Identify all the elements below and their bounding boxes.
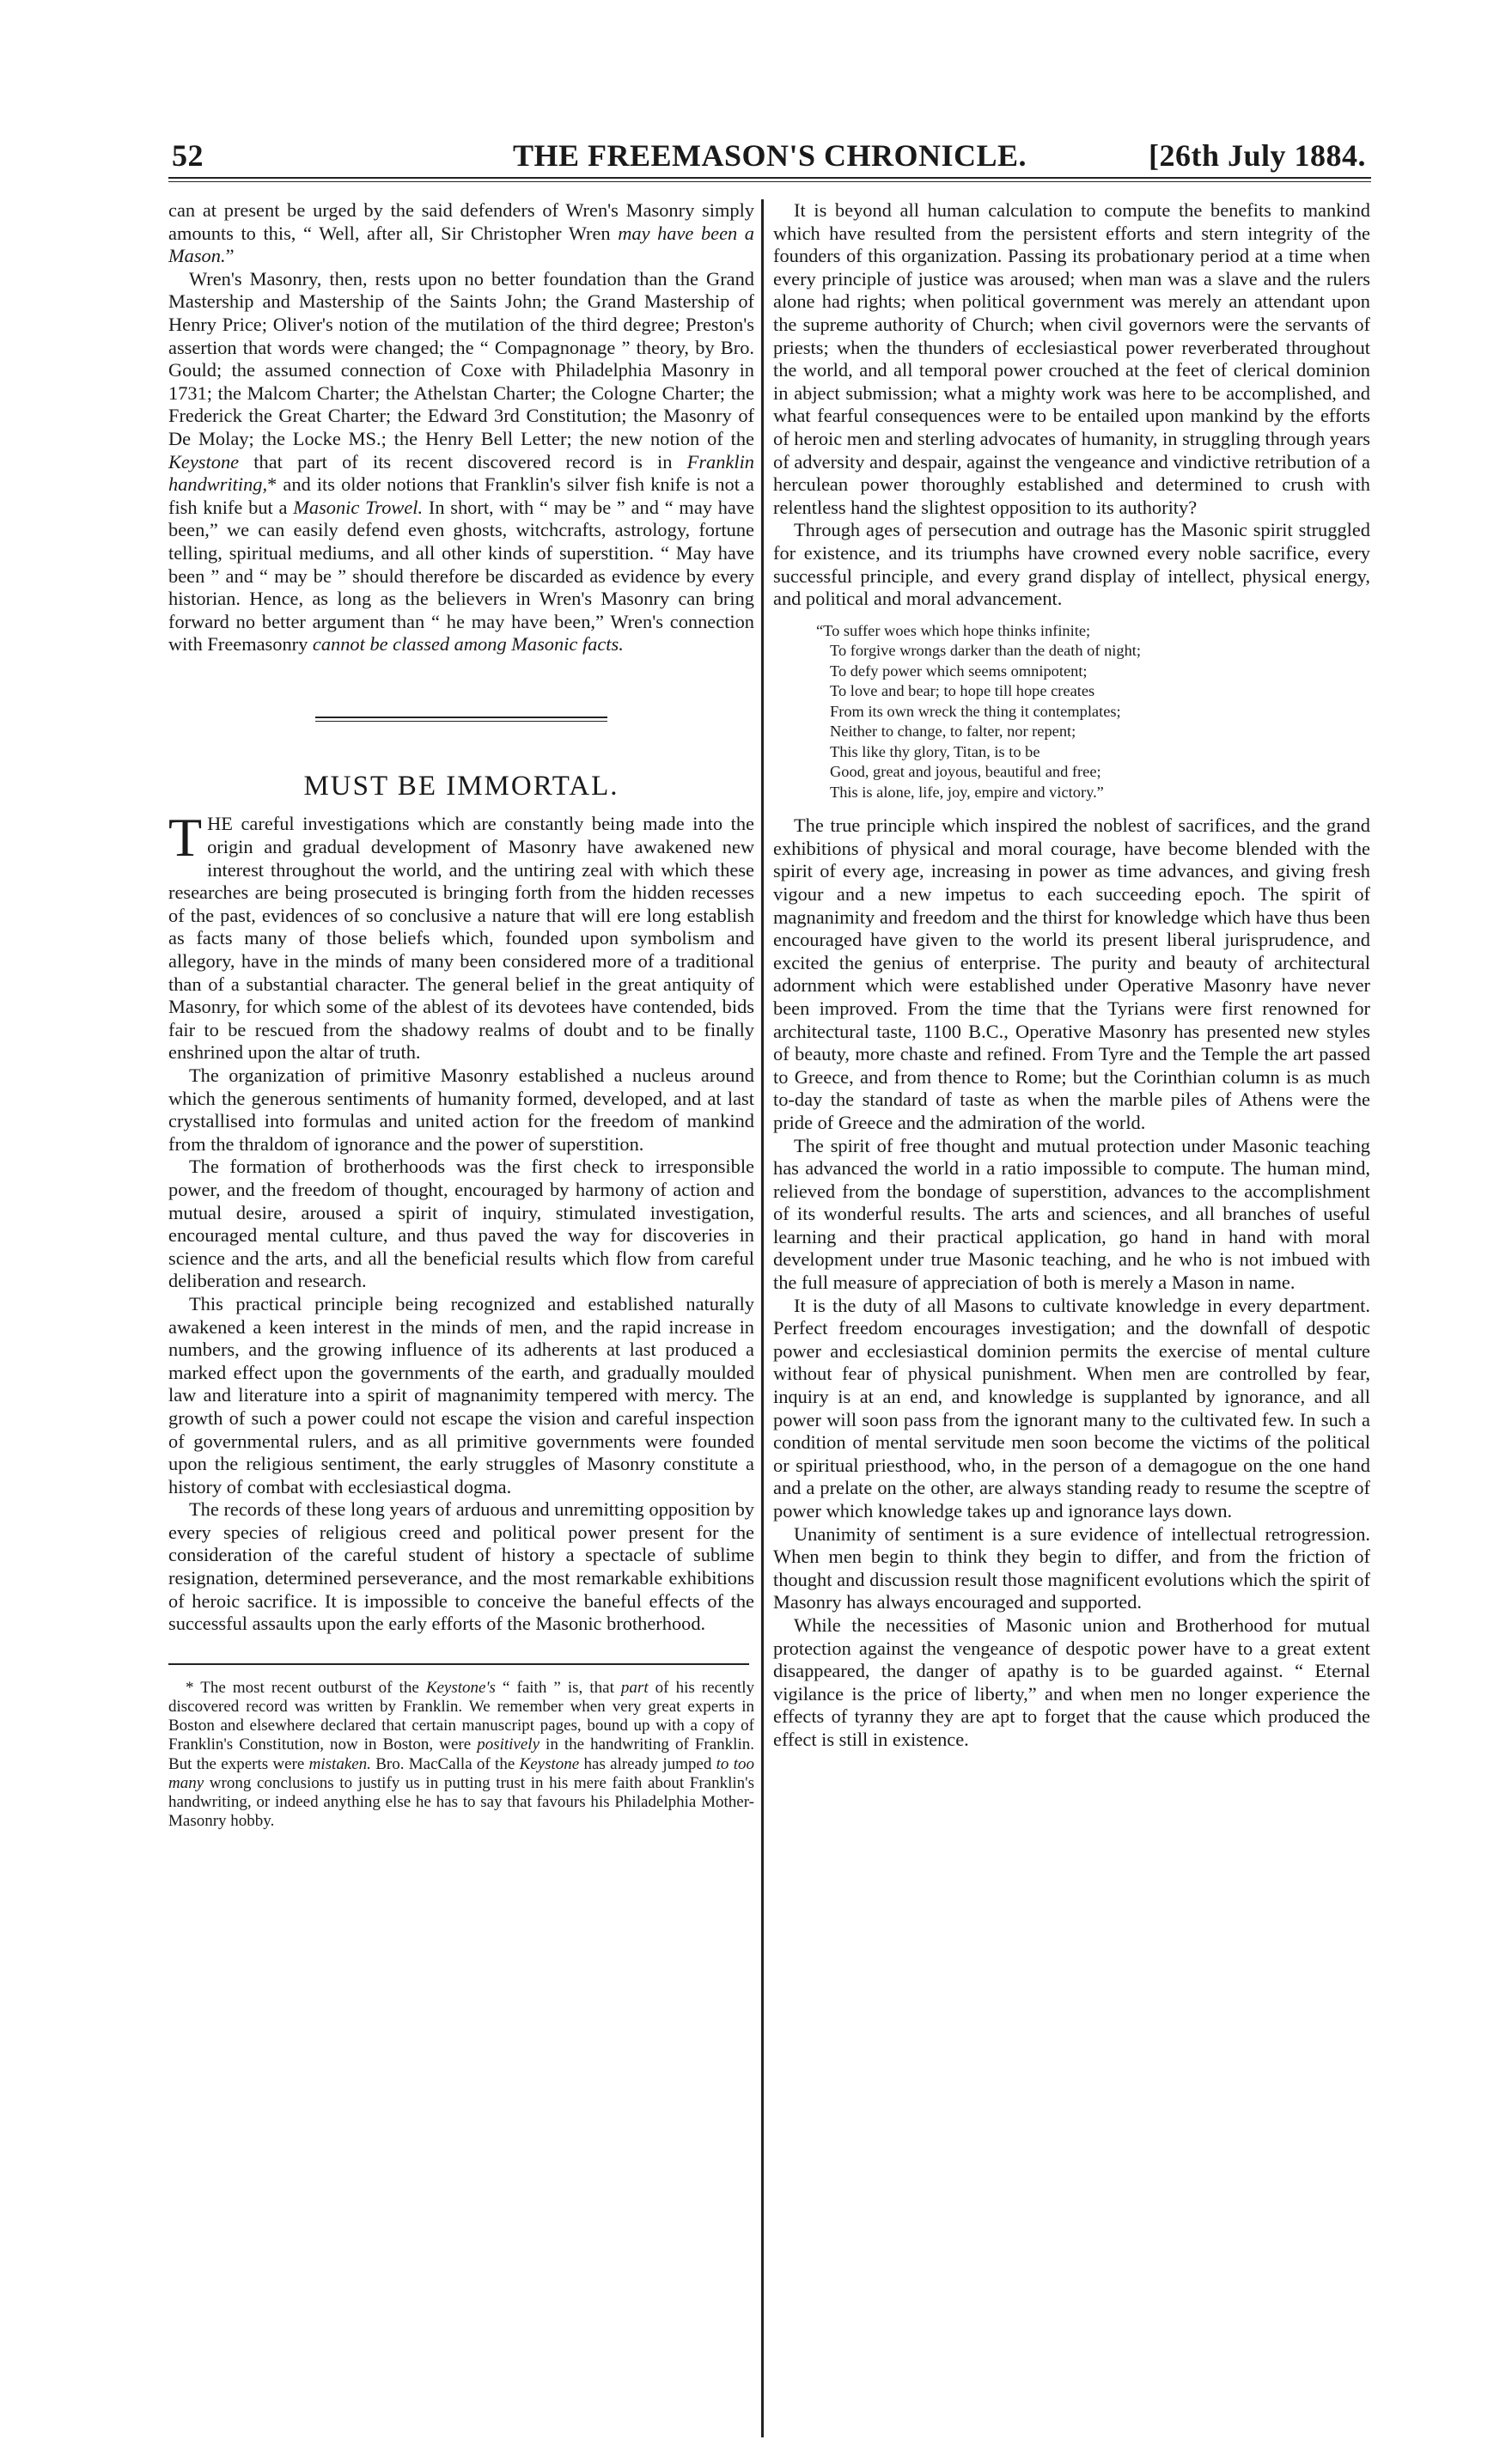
- text-run: “ faith ” is, that: [496, 1679, 621, 1697]
- lead-text: HE careful investigations which are cons…: [168, 813, 754, 1063]
- article-paragraph: The formation of brotherhoods was the fi…: [168, 1156, 754, 1293]
- poem-line: Good, great and joyous, beautiful and fr…: [816, 762, 1370, 783]
- poem-line: To forgive wrongs darker than the death …: [816, 641, 1370, 662]
- masthead: 52 THE FREEMASON'S CHRONICLE. [26th July…: [168, 129, 1371, 174]
- poem-line: To love and bear; to hope till hope crea…: [816, 681, 1370, 702]
- column-divider: [761, 199, 764, 2437]
- masthead-rule: [168, 177, 1371, 182]
- text-run: ”: [226, 245, 235, 266]
- article-paragraph: The records of these long years of arduo…: [168, 1498, 754, 1636]
- article-lead-paragraph: THE careful investigations which are con…: [168, 813, 754, 1064]
- italic-text: mistaken.: [309, 1755, 371, 1773]
- article-paragraph: It is beyond all human calculation to co…: [773, 199, 1370, 519]
- poem-line: This is alone, life, joy, empire and vic…: [816, 783, 1370, 803]
- poem-line: Neither to change, to falter, nor repent…: [816, 722, 1370, 742]
- article-headline: MUST BE IMMORTAL.: [168, 775, 754, 798]
- text-run: Bro. MacCalla of the: [371, 1755, 520, 1773]
- section-separator: [315, 717, 607, 722]
- article-paragraph: Wren's Masonry, then, rests upon no bett…: [168, 268, 754, 656]
- right-column: It is beyond all human calculation to co…: [773, 199, 1370, 1752]
- article-paragraph: The spirit of free thought and mutual pr…: [773, 1135, 1370, 1295]
- text-run: * The most recent outburst of the: [186, 1679, 426, 1697]
- italic-text: Keystone: [168, 451, 239, 473]
- footnote: * The most recent outburst of the Keysto…: [168, 1679, 754, 1832]
- italic-text: Masonic Trowel.: [293, 497, 423, 518]
- issue-date: [26th July 1884.: [1149, 137, 1366, 174]
- footnote-rule: [168, 1663, 749, 1665]
- italic-text: part: [621, 1679, 649, 1697]
- article-paragraph: can at present be urged by the said defe…: [168, 199, 754, 268]
- article-paragraph: The true principle which inspired the no…: [773, 814, 1370, 1134]
- left-column: can at present be urged by the said defe…: [168, 199, 754, 1831]
- article-paragraph: Unanimity of sentiment is a sure evidenc…: [773, 1523, 1370, 1614]
- article-paragraph: Through ages of persecution and outrage …: [773, 519, 1370, 610]
- poem-line: This like thy glory, Titan, is to be: [816, 742, 1370, 763]
- article-paragraph: The organization of primitive Masonry es…: [168, 1064, 754, 1156]
- text-run: wrong conclusions to justify us in putti…: [168, 1774, 754, 1830]
- text-run: Wren's Masonry, then, rests upon no bett…: [168, 268, 754, 449]
- newspaper-page: 52 THE FREEMASON'S CHRONICLE. [26th July…: [168, 129, 1371, 182]
- text-run: that part of its recent discovered recor…: [239, 451, 687, 473]
- italic-text: Keystone: [520, 1755, 580, 1773]
- continued-article: can at present be urged by the said defe…: [168, 199, 754, 656]
- drop-cap: T: [168, 814, 202, 861]
- italic-text: positively: [477, 1735, 540, 1754]
- poem-line: To defy power which seems omnipotent;: [816, 662, 1370, 682]
- poem-line: “To suffer woes which hope thinks infini…: [816, 621, 1370, 642]
- article-paragraph: This practical principle being recognize…: [168, 1293, 754, 1498]
- footnote-text: * The most recent outburst of the Keysto…: [168, 1679, 754, 1832]
- text-run: In short, with “ may be ” and “ may have…: [168, 497, 754, 656]
- article-paragraph: While the necessities of Masonic union a…: [773, 1614, 1370, 1752]
- article-paragraph: It is the duty of all Masons to cultivat…: [773, 1295, 1370, 1523]
- italic-text: Keystone's: [426, 1679, 496, 1697]
- text-run: has already jumped: [579, 1755, 716, 1773]
- poem-quotation: “To suffer woes which hope thinks infini…: [816, 621, 1370, 803]
- poem-line: From its own wreck the thing it contempl…: [816, 702, 1370, 723]
- italic-text: cannot be classed among Masonic facts.: [313, 633, 624, 655]
